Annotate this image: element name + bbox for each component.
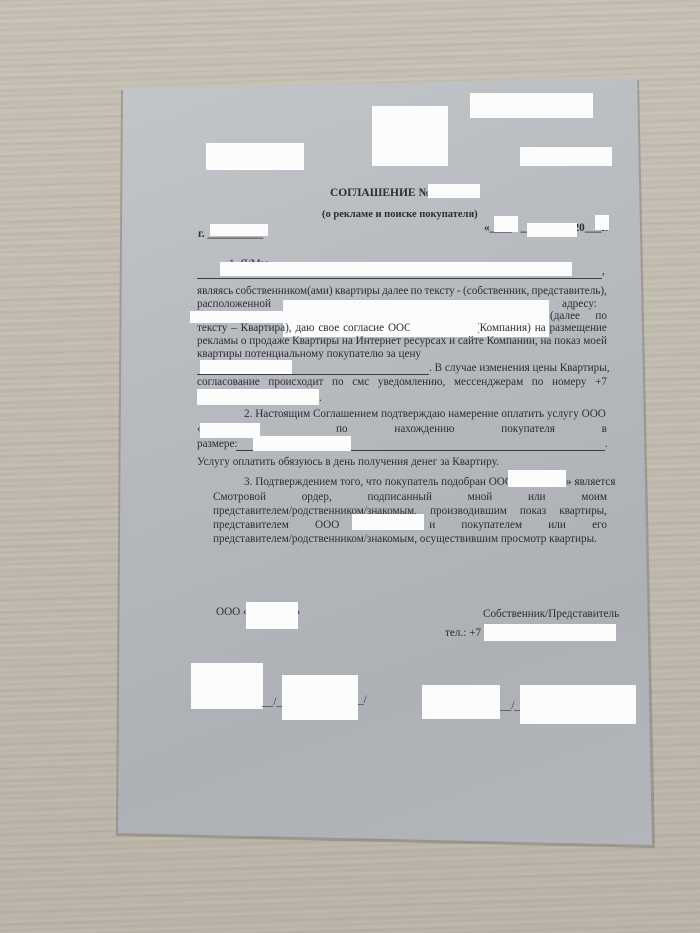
section3-line1-right: » является — [566, 476, 616, 489]
redacted-owner-name — [220, 262, 572, 276]
redacted-fee-amount — [253, 436, 351, 451]
signature-separator: __/_ — [262, 696, 282, 709]
redacted-owner-name-signature — [520, 685, 636, 724]
redacted-header-block — [520, 147, 612, 166]
redacted-price — [200, 360, 292, 374]
redacted-header-block — [206, 143, 304, 170]
section1-line3-left: расположенной — [197, 298, 271, 311]
redacted-company-signer-name — [282, 675, 358, 720]
redacted-date-day — [494, 216, 518, 232]
redacted-city — [210, 224, 268, 236]
owner-name-line — [197, 278, 602, 279]
section2-line4: Услугу оплатить обязуюсь в день получени… — [197, 456, 499, 469]
redacted-agreement-number — [428, 184, 480, 198]
redacted-date-month — [527, 223, 577, 237]
section2-size-label: размере: — [197, 438, 238, 451]
comma: , — [602, 265, 605, 278]
section2-line1: 2. Настоящим Соглашением подтверждаю нам… — [244, 408, 606, 421]
line-end-period: . — [605, 438, 608, 451]
signature-separator: _/ — [358, 694, 367, 707]
document-subtitle: (о рекламе и поиске покупателя) — [322, 208, 478, 221]
redacted-company-name — [352, 514, 424, 530]
owner-phone-label: тел.: +7 — [445, 627, 481, 640]
section1-line2: являясь собственником(ами) квартиры дале… — [197, 285, 607, 298]
line-end-period: . — [319, 392, 322, 405]
redacted-header-logo — [372, 106, 448, 166]
agreement-document: СОГЛАШЕНИЕ №________ (о рекламе и поиске… — [0, 0, 700, 933]
redacted-phone-number — [197, 389, 319, 405]
redacted-company-name — [200, 423, 260, 438]
price-line — [197, 374, 429, 375]
owner-signature-label: Собственник/Представитель — [483, 608, 619, 621]
section3-line2: Смотровой ордер, подписанный мной или мо… — [213, 491, 607, 504]
redacted-owner-phone — [484, 624, 616, 641]
redacted-company-name — [246, 602, 298, 629]
section1-line5: тексту – Квартира), даю свое согласие ОО… — [197, 322, 607, 335]
section1-line6: рекламы о продаже Квартиры на Интернет р… — [197, 335, 607, 348]
redacted-company-name — [410, 320, 478, 332]
redacted-company-signature — [191, 663, 263, 709]
redacted-company-name — [508, 470, 566, 487]
redacted-header-block — [470, 93, 593, 118]
section1-line9: согласование происходит по смс уведомлен… — [197, 376, 607, 389]
section1-line8-right: . В случае изменения цены Квартиры, — [429, 362, 610, 375]
redacted-date-year — [595, 215, 609, 230]
section3-line5: представителем/родственником/знакомым, о… — [213, 533, 597, 546]
redacted-owner-signature — [422, 685, 500, 719]
section3-line1-left: 3. Подтверждением того, что покупатель п… — [244, 476, 521, 489]
